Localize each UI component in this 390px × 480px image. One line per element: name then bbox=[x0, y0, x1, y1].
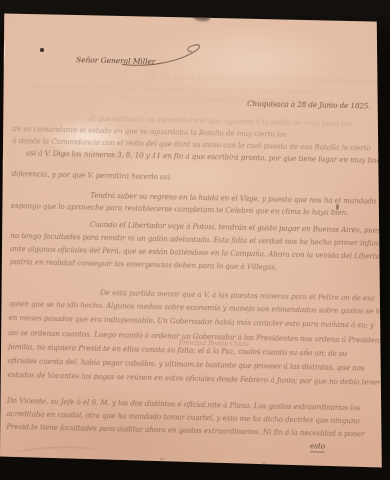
handwriting-line: Presid.te tiene facultades para auditar … bbox=[6, 423, 365, 439]
handwriting-layer: Señor General Miller Chuquisaca á 28 de … bbox=[0, 0, 390, 480]
handwriting-line: en meses pasados que era indispensable. … bbox=[9, 314, 375, 330]
handwriting-line: De esta partida menor que á V. á las pue… bbox=[100, 289, 375, 303]
handwriting-line: podría en realidad conseguir las emergen… bbox=[10, 258, 277, 272]
dateline: Chuquisaca á 28 de Junio de 1825. bbox=[247, 100, 371, 111]
handwriting-line: familia, no siquiera Presid.te en ellos … bbox=[8, 343, 347, 358]
handwriting-line: estados de Vacantes las pagas se reúnen … bbox=[7, 371, 390, 387]
pen-flourish-icon bbox=[120, 40, 217, 70]
letter-page: de los que se hallan en el estado de las… bbox=[0, 0, 390, 480]
catchword: esto bbox=[310, 442, 325, 452]
handwriting-line: diferencia, y por que V. permitirá hacer… bbox=[12, 170, 173, 181]
handwriting-line: espongo que lo aproveche para restablece… bbox=[11, 202, 349, 217]
scanner-background: de los que se hallan en el estado de las… bbox=[0, 0, 390, 480]
